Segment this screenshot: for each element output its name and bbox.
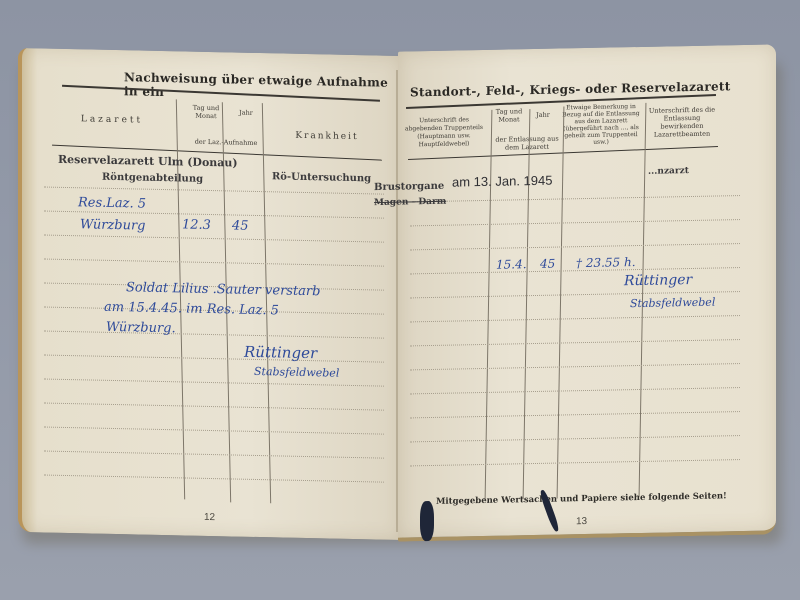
ruled-line — [44, 427, 384, 435]
entry-lazarett-line2: Würzburg — [80, 217, 146, 233]
signature-title: Stabsfeldwebel — [254, 365, 339, 380]
signature-title: Stabsfeldwebel — [630, 296, 715, 311]
ruled-line — [410, 339, 740, 346]
col-header-aufnahme: der Laz.-Aufnahme — [186, 137, 266, 147]
page-number-left: 12 — [204, 512, 215, 523]
department-stamp: Röntgenabteilung — [102, 172, 203, 185]
ruled-line — [410, 459, 740, 466]
col-header-tag-monat: Tag und Monat — [490, 107, 528, 124]
organ-stamp: Brustorgane — [374, 181, 444, 193]
entry-lazarett-line1: Res.Laz. 5 — [78, 195, 146, 211]
ruled-line — [44, 355, 384, 363]
hospital-stamp: Reservelazarett Ulm (Donau) — [58, 153, 238, 170]
ruled-line — [410, 363, 740, 370]
entry-jahr: 45 — [232, 218, 249, 233]
ruled-line — [410, 195, 740, 202]
left-page: Nachweisung über etwaige Aufnahme in ein… — [18, 48, 402, 540]
col-header-unterschrift-truppenteil: Unterschrift des abgebenden Truppenteils… — [404, 116, 484, 150]
death-note-line3: Würzburg. — [106, 320, 176, 336]
ruled-line — [410, 435, 740, 442]
col-header-jahr: Jahr — [228, 108, 264, 117]
ink-blot — [420, 501, 434, 541]
date-stamp: am 13. Jan. 1945 — [452, 173, 552, 190]
entry-death-time: † 23.55 h. — [576, 255, 636, 270]
ruled-line — [44, 475, 384, 483]
ruled-line — [44, 403, 384, 411]
ruled-line — [410, 387, 740, 394]
ruled-line — [44, 259, 384, 267]
ruled-line — [410, 411, 740, 418]
entry-tag-monat: 12.3 — [182, 217, 211, 233]
column-divider — [485, 110, 493, 500]
col-header-jahr: Jahr — [528, 111, 558, 120]
organ-stamp-struck: Magen - Darm — [374, 197, 446, 208]
entry-tag-monat: 15.4. — [496, 257, 527, 272]
valuables-note: Mitgegebene Wertsachen und Papiere siehe… — [436, 491, 727, 507]
col-header-krankheit: Krankheit — [272, 131, 382, 141]
ruled-line — [44, 451, 384, 459]
ruled-line — [44, 331, 384, 339]
entry-jahr: 45 — [540, 257, 555, 271]
right-page: Standort-, Feld-, Kriegs- oder Reservela… — [398, 44, 776, 541]
ruled-line — [410, 219, 740, 226]
col-header-lazarett: Lazarett — [52, 115, 172, 126]
column-divider — [557, 106, 565, 498]
col-header-entlassung: der Entlassung aus dem Lazarett — [492, 134, 562, 151]
signature: Rüttinger — [624, 272, 692, 289]
signature: Rüttinger — [244, 343, 317, 363]
column-divider — [523, 109, 531, 499]
doctor-stamp: ...nzarzt — [648, 166, 689, 177]
ruled-line — [44, 235, 384, 243]
page-number-right: 13 — [576, 516, 587, 527]
col-header-bemerkung: Etwaige Bemerkung in Bezug auf die Entla… — [562, 103, 640, 146]
col-header-unterschrift-lazarett: Unterschrift des die Entlassung bewirken… — [644, 105, 720, 138]
examination-stamp: Rö-Untersuchung — [272, 171, 371, 184]
ruled-line — [44, 187, 384, 195]
death-note-line1: Soldat Lilius .Sauter verstarb — [126, 280, 320, 299]
ruled-line — [410, 315, 740, 322]
death-note-line2: am 15.4.45. im Res. Laz. 5 — [104, 300, 279, 319]
ruled-line — [410, 243, 740, 250]
ruled-line — [44, 379, 384, 387]
